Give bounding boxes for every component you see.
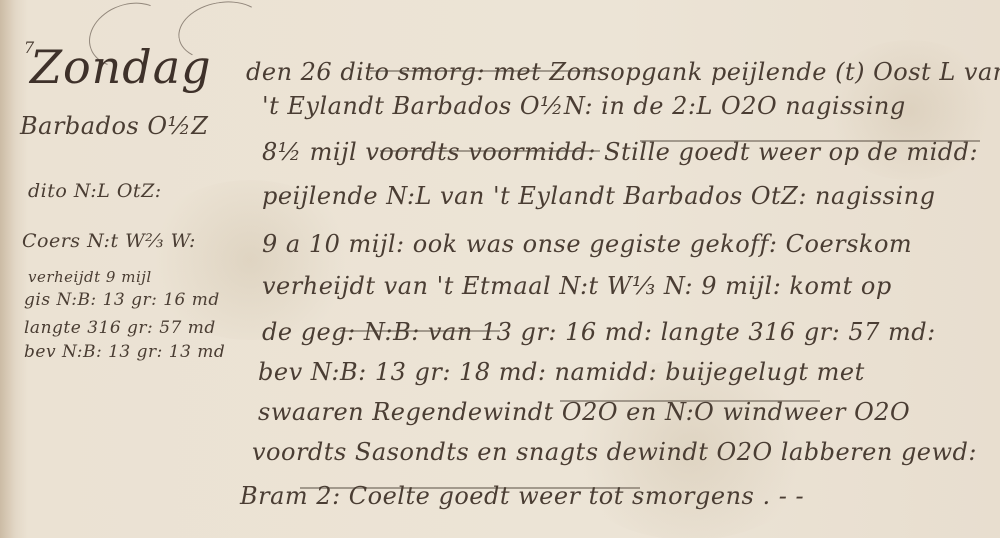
- log-line: peijlende N:L van 't Eylandt Barbados Ot…: [262, 182, 935, 210]
- abbreviation-stroke: [380, 150, 600, 152]
- abbreviation-stroke: [560, 400, 820, 402]
- margin-note: dito N:L OtZ:: [28, 180, 162, 202]
- manuscript-page: 7 Zondag Barbados O½Z dito N:L OtZ: Coer…: [0, 0, 1000, 538]
- margin-note: Coers N:t W⅔ W:: [22, 230, 196, 252]
- log-line: voordts Sasondts en snagts dewindt O2O l…: [252, 438, 977, 466]
- log-line: swaaren Regendewindt O2O en N:O windweer…: [258, 398, 910, 426]
- log-line: verheijdt van 't Etmaal N:t W⅓ N: 9 mijl…: [262, 272, 892, 300]
- abbreviation-stroke: [370, 70, 600, 72]
- log-line: 't Eylandt Barbados O½N: in de 2:L O2O n…: [262, 92, 906, 120]
- margin-note: langte 316 gr: 57 md: [24, 318, 216, 338]
- abbreviation-stroke: [300, 487, 640, 489]
- margin-note: bev N:B: 13 gr: 13 md: [24, 342, 225, 362]
- log-line: 9 a 10 mijl: ook was onse gegiste gekoff…: [262, 230, 912, 258]
- margin-note: Barbados O½Z: [20, 112, 208, 140]
- log-line: de geg: N:B: van 13 gr: 16 md: langte 31…: [262, 318, 936, 346]
- day-heading: Zondag: [30, 40, 212, 94]
- log-line: bev N:B: 13 gr: 18 md: namidd: buijegelu…: [258, 358, 865, 386]
- abbreviation-stroke: [340, 330, 500, 332]
- abbreviation-stroke: [640, 140, 980, 142]
- log-line: 8½ mijl voordts voormidd: Stille goedt w…: [262, 138, 978, 166]
- log-line: den 26 dito smorg: met Zonsopgank peijle…: [246, 58, 1000, 86]
- margin-note: verheijdt 9 mijl: [28, 268, 152, 286]
- margin-note: gis N:B: 13 gr: 16 md: [24, 290, 220, 310]
